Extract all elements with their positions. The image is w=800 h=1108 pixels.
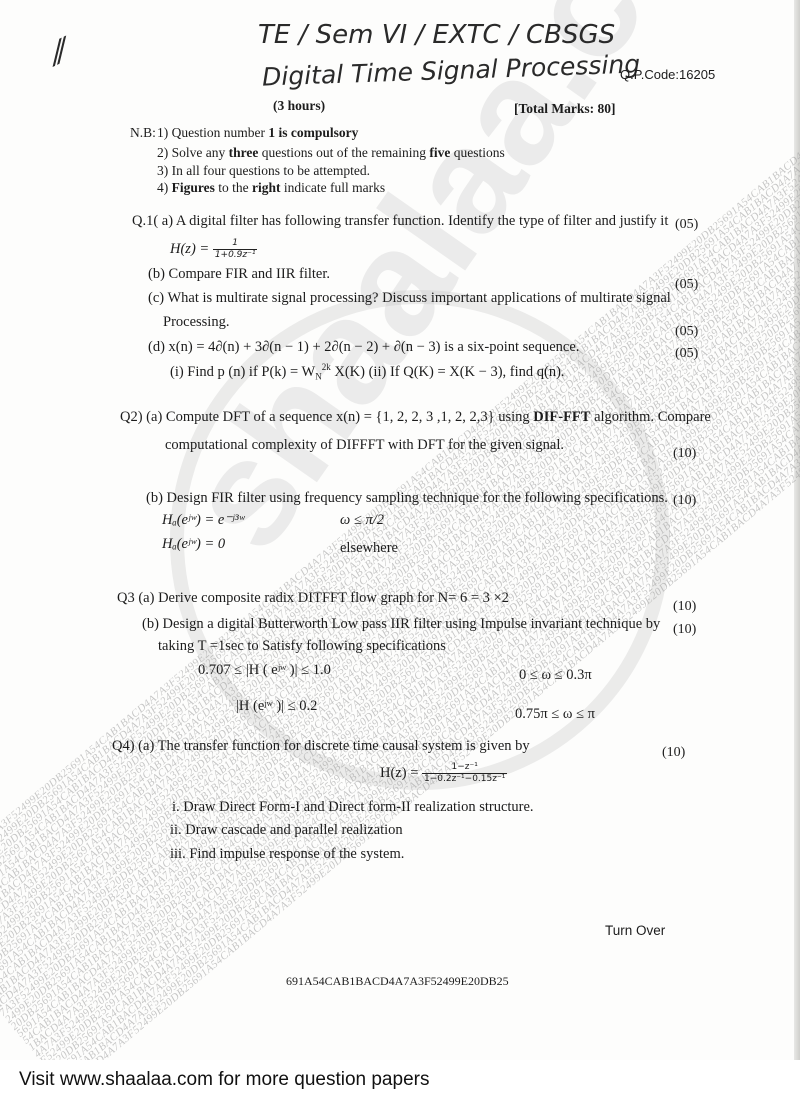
- q3b-spec-2: |H (eʲʷ )| ≤ 0.2: [236, 698, 317, 715]
- q2b-marks: (10): [673, 493, 696, 509]
- q1a-equation: H(z) = 11+0.9z⁻¹: [170, 238, 257, 261]
- q2b-spec-1: Hₐ(eʲʷ) = e⁻ʲ³ʷ: [162, 512, 244, 529]
- handwritten-tick-icon: ⁄⁄: [48, 35, 72, 71]
- q3b-spec-2-range: 0.75π ≤ ω ≤ π: [515, 706, 595, 723]
- q2b-spec-1-range: ω ≤ π/2: [340, 512, 384, 529]
- q3b-text-cont: taking T =1sec to Satisfy following spec…: [158, 638, 446, 655]
- q4-subpart-2: ii. Draw cascade and parallel realizatio…: [170, 822, 403, 839]
- q2b-spec-2: Hₐ(eʲʷ) = 0: [162, 536, 225, 553]
- q1b-marks: (05): [675, 277, 698, 293]
- q3b-spec-1: 0.707 ≤ |H ( eʲʷ )| ≤ 1.0: [198, 662, 331, 679]
- q4a-text: Q4) (a) The transfer function for discre…: [112, 738, 530, 755]
- q1c-text-cont: Processing.: [163, 314, 229, 331]
- q1d-subparts: (i) Find p (n) if P(k) = WN2k X(K) (ii) …: [170, 362, 565, 382]
- q4-subpart-3: iii. Find impulse response of the system…: [170, 846, 404, 863]
- instruction-1: 1) Question number 1 is compulsory: [157, 125, 358, 141]
- q2a-marks: (10): [673, 446, 696, 462]
- question-paper-page: shaalaa.com 691A54CAB1BACD4A7A3F52499E20…: [0, 0, 800, 1060]
- q2a-text-cont: computational complexity of DIFFFT with …: [165, 437, 564, 454]
- paper-code: 691A54CAB1BACD4A7A3F52499E20DB25: [286, 974, 509, 989]
- handwritten-course: TE / Sem VI / EXTC / CBSGS: [258, 20, 615, 50]
- duration: (3 hours): [273, 98, 325, 114]
- q3b-spec-1-range: 0 ≤ ω ≤ 0.3π: [519, 667, 592, 684]
- instruction-2: 2) Solve any three questions out of the …: [157, 145, 505, 161]
- q1a-text: Q.1( a) A digital filter has following t…: [132, 213, 668, 230]
- q2b-spec-2-range: elsewhere: [340, 540, 398, 557]
- q2a-text: Q2) (a) Compute DFT of a sequence x(n) =…: [120, 409, 711, 426]
- instructions-label: N.B:: [130, 125, 156, 141]
- q1c-text: (c) What is multirate signal processing?…: [148, 290, 671, 307]
- q1d-marks: (05): [675, 346, 698, 362]
- total-marks: [Total Marks: 80]: [514, 101, 616, 117]
- turn-over-label: Turn Over: [605, 923, 665, 938]
- q2b-text: (b) Design FIR filter using frequency sa…: [146, 490, 668, 507]
- q1b-text: (b) Compare FIR and IIR filter.: [148, 266, 330, 283]
- qp-code: Q.P.Code:16205: [620, 67, 715, 82]
- q3b-text: (b) Design a digital Butterworth Low pas…: [142, 616, 660, 633]
- q1a-marks: (05): [675, 217, 698, 233]
- q4a-equation: H(z) = 1−z⁻¹1−0.2z⁻¹−0.15z⁻¹: [380, 762, 507, 785]
- instruction-3: 3) In all four questions to be attempted…: [157, 163, 370, 179]
- q3a-marks: (10): [673, 599, 696, 615]
- q4-subpart-1: i. Draw Direct Form-I and Direct form-II…: [172, 799, 534, 816]
- q1c-marks: (05): [675, 324, 698, 340]
- q1d-text: (d) x(n) = 4∂(n) + 3∂(n − 1) + 2∂(n − 2)…: [148, 339, 579, 356]
- q3b-marks: (10): [673, 622, 696, 638]
- instruction-4: 4) Figures to the right indicate full ma…: [157, 180, 385, 196]
- banner-text[interactable]: Visit www.shaalaa.com for more question …: [19, 1069, 429, 1091]
- q3a-text: Q3 (a) Derive composite radix DITFFT flo…: [117, 590, 509, 607]
- q4a-marks: (10): [662, 745, 685, 761]
